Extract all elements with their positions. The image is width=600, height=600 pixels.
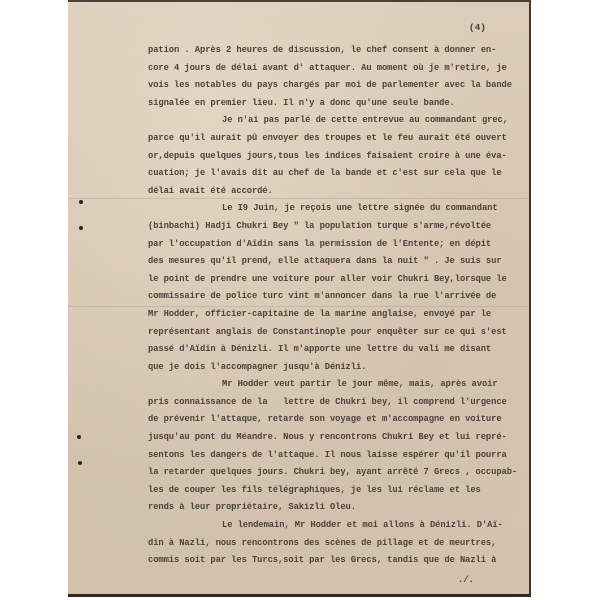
text-line: jusqu'au pont du Méandre. Nous y rencont… xyxy=(148,429,514,447)
text-line: core 4 jours de délai avant d' attaquer.… xyxy=(148,60,514,78)
text-line: sentons les dangers de l'attaque. Il nou… xyxy=(148,447,514,465)
text-line: les de couper les fils télégraphiques, j… xyxy=(148,482,514,500)
text-line: rends à leur propriétaire, Sakizli Oleu. xyxy=(148,499,514,517)
text-line: cuation; je l'avais dit au chef de la ba… xyxy=(148,165,514,183)
text-line: Mr Hodder veut partir le jour même, mais… xyxy=(148,376,514,394)
text-line: la retarder quelques jours. Chukri bey, … xyxy=(148,464,514,482)
text-line: Le lendemain, Mr Hodder et moi allons à … xyxy=(148,517,514,535)
text-line: représentant anglais de Constantinople p… xyxy=(148,324,514,342)
punch-hole-mark xyxy=(79,200,83,204)
text-line: commis soit par les Turcs,soit par les G… xyxy=(148,552,514,570)
text-line: Le I9 Juin, je reçois une lettre signée … xyxy=(148,200,514,218)
document-page: (4) pation . Après 2 heures de discussio… xyxy=(68,0,531,597)
continuation-mark: ./. xyxy=(458,575,474,585)
text-line: passé d'Aïdin à Dénizli. Il m'apporte un… xyxy=(148,341,514,359)
text-line: (binbachi) Hadji Chukri Bey " la populat… xyxy=(148,218,514,236)
punch-hole-mark xyxy=(77,435,81,439)
text-line: din à Nazli, nous rencontrons des scènes… xyxy=(148,535,514,553)
text-line: commissaire de police turc vint m'annonc… xyxy=(148,288,514,306)
text-line: pris connaissance de la lettre de Chukri… xyxy=(148,394,514,412)
text-line: or,depuis quelques jours,tous les indice… xyxy=(148,148,514,166)
text-line: parce qu'il aurait pû envoyer des troupe… xyxy=(148,130,514,148)
text-line: de prévenir l'attaque, retarde son voyag… xyxy=(148,411,514,429)
text-line: des mesures qu'il prend, elle attaquera … xyxy=(148,253,514,271)
text-line: vois les notables du pays chargés par mo… xyxy=(148,77,514,95)
text-line: que je dois l'accompagner jusqu'à Dénizl… xyxy=(148,359,514,377)
page-number: (4) xyxy=(469,22,486,33)
text-line: Mr Hodder, officier-capitaine de la mari… xyxy=(148,306,514,324)
text-line: Je n'ai pas parlé de cette entrevue au c… xyxy=(148,112,514,130)
text-line: le point de prendre une voiture pour all… xyxy=(148,271,514,289)
text-line: délai avait été accordé. xyxy=(148,183,514,201)
punch-hole-mark xyxy=(79,226,83,230)
punch-hole-mark xyxy=(78,461,82,465)
text-line: signalée en premier lieu. Il n'y a donc … xyxy=(148,95,514,113)
text-line: par l'occupation d'Aïdin sans la permiss… xyxy=(148,236,514,254)
text-line: pation . Après 2 heures de discussion, l… xyxy=(148,42,514,60)
typewritten-body: pation . Après 2 heures de discussion, l… xyxy=(148,42,514,570)
